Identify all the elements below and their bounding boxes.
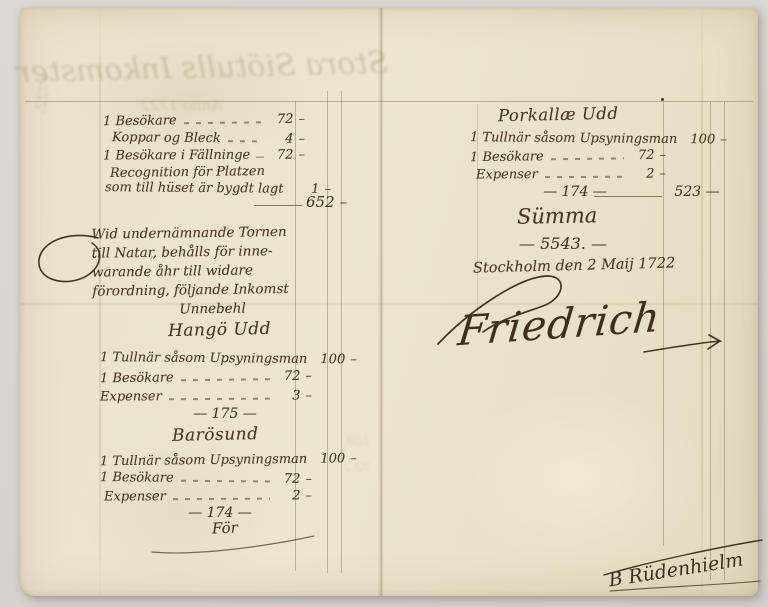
row-label: 1 Besökare (470, 149, 544, 165)
dash-leader (181, 480, 270, 483)
row-dash: – (305, 369, 312, 384)
sum-rule (254, 205, 302, 206)
row-label: 1 Besökare i Fällninge (103, 148, 250, 164)
row-label: 1 Besökare (100, 470, 174, 486)
rule-leader (256, 157, 263, 158)
row-amount: 72 (274, 369, 300, 384)
row-label: 1 Besökare (100, 370, 174, 386)
ledger-row: 1 Besökare 72 – (100, 368, 312, 387)
row-dash: – (340, 193, 348, 211)
countersignature-block: B Rüdenhielm (600, 535, 768, 601)
ledger-total-row: 652 – (248, 195, 368, 211)
row-dash: – (350, 451, 357, 466)
ledger-row: 1 Besökare 72 – (100, 469, 312, 487)
dash-leader (551, 157, 624, 160)
signature-block: Friedrich (432, 270, 742, 375)
carry-total: 523 — (672, 184, 722, 200)
row-amount: 100 (319, 352, 345, 367)
dash-leader (181, 378, 270, 381)
carry-rule (594, 196, 662, 197)
ledger-row: Expenser 2 – (476, 166, 666, 183)
row-amount: 2 (628, 167, 654, 182)
sum-total: 652 (306, 193, 335, 211)
dash-leader (173, 498, 270, 501)
row-amount: 4 (267, 132, 293, 147)
ledger-row: 1 Tullnär såsom Upsyningsman 100 – (100, 349, 312, 367)
ledger-row: 1 Besökare 72 – (470, 147, 666, 165)
row-label: Expenser (100, 389, 162, 404)
ruled-column-line (327, 91, 328, 573)
row-label: 1 Tullnär såsom Upsyningsman (100, 452, 307, 470)
ledger-row: Expenser 3 – (100, 387, 312, 404)
row-amount: 72 (628, 148, 654, 163)
ledger-row: Koppar og Bleck 4 – (112, 129, 305, 147)
ledger-row: Recognition för Platzen (110, 163, 265, 181)
section-total: — 175 — (170, 406, 280, 422)
section-title-porkala: Porkallæ Udd (498, 104, 619, 126)
ghost-text: 1722. (32, 73, 56, 116)
row-amount: 72 (274, 472, 300, 487)
row-dash: – (298, 112, 305, 127)
ledger-row: 1 Tullnär såsom Upsyningsman 100 – (100, 451, 312, 470)
row-amount: 72 (267, 112, 293, 127)
dash-leader (184, 121, 263, 124)
row-amount: 2 (274, 489, 300, 504)
row-amount: 100 (689, 132, 715, 147)
dash-leader (228, 140, 263, 142)
row-dash: – (305, 488, 312, 503)
section-total: — 174 — (525, 184, 625, 200)
row-dash: – (298, 147, 305, 162)
summa-label: Sümma (517, 203, 598, 228)
dash-leader (169, 398, 270, 401)
ruled-line-top (25, 101, 753, 102)
ledger-row: Expenser 2 – (104, 487, 312, 504)
row-label: Koppar og Bleck (112, 130, 221, 146)
row-label: Expenser (476, 167, 538, 182)
ruling-dot (661, 98, 664, 101)
row-label: 1 Tullnär såsom Upsyningsman (100, 350, 307, 367)
section-title-hango: Hangö Udd (168, 319, 271, 341)
row-dash: – (298, 132, 305, 147)
center-fold (378, 8, 384, 596)
document-paper: Stora Siötulls Inkomster Anno 1722 1722.… (20, 8, 758, 596)
ghost-text: Stora Siötulls Inkomster (58, 46, 389, 90)
dash-leader (545, 176, 624, 178)
row-amount: 3 (274, 389, 300, 404)
row-amount: 72 (267, 148, 293, 163)
row-dash: – (659, 167, 666, 182)
paragraph-line: Unnebehl (92, 298, 332, 320)
section-title-barosund: Barösund (172, 424, 259, 446)
row-dash: – (659, 148, 666, 163)
row-dash: – (720, 132, 727, 147)
row-label: Expenser (104, 489, 166, 504)
row-dash: – (350, 352, 357, 367)
photo-backdrop: Stora Siötulls Inkomster Anno 1722 1722.… (0, 0, 768, 607)
ledger-row: 1 Tullnär såsom Upsyningsman 100 – (470, 129, 666, 147)
ruled-column-line (341, 91, 342, 573)
row-dash: – (305, 472, 312, 487)
row-label: 1 Tullnär såsom Upsyningsman (470, 130, 677, 147)
row-dash: – (305, 388, 312, 403)
catchword-flourish (148, 532, 318, 556)
body-paragraph: Wid undernämnande Tornen till Natar, beh… (91, 222, 332, 320)
row-label: 1 Besökare (103, 113, 177, 129)
ledger-row: 1 Besökare 72 – (103, 111, 305, 129)
row-amount: 100 (319, 451, 345, 466)
ledger-row: 1 Besökare i Fällninge 72 – (103, 146, 305, 163)
summa-value: — 5543. — (488, 234, 638, 253)
